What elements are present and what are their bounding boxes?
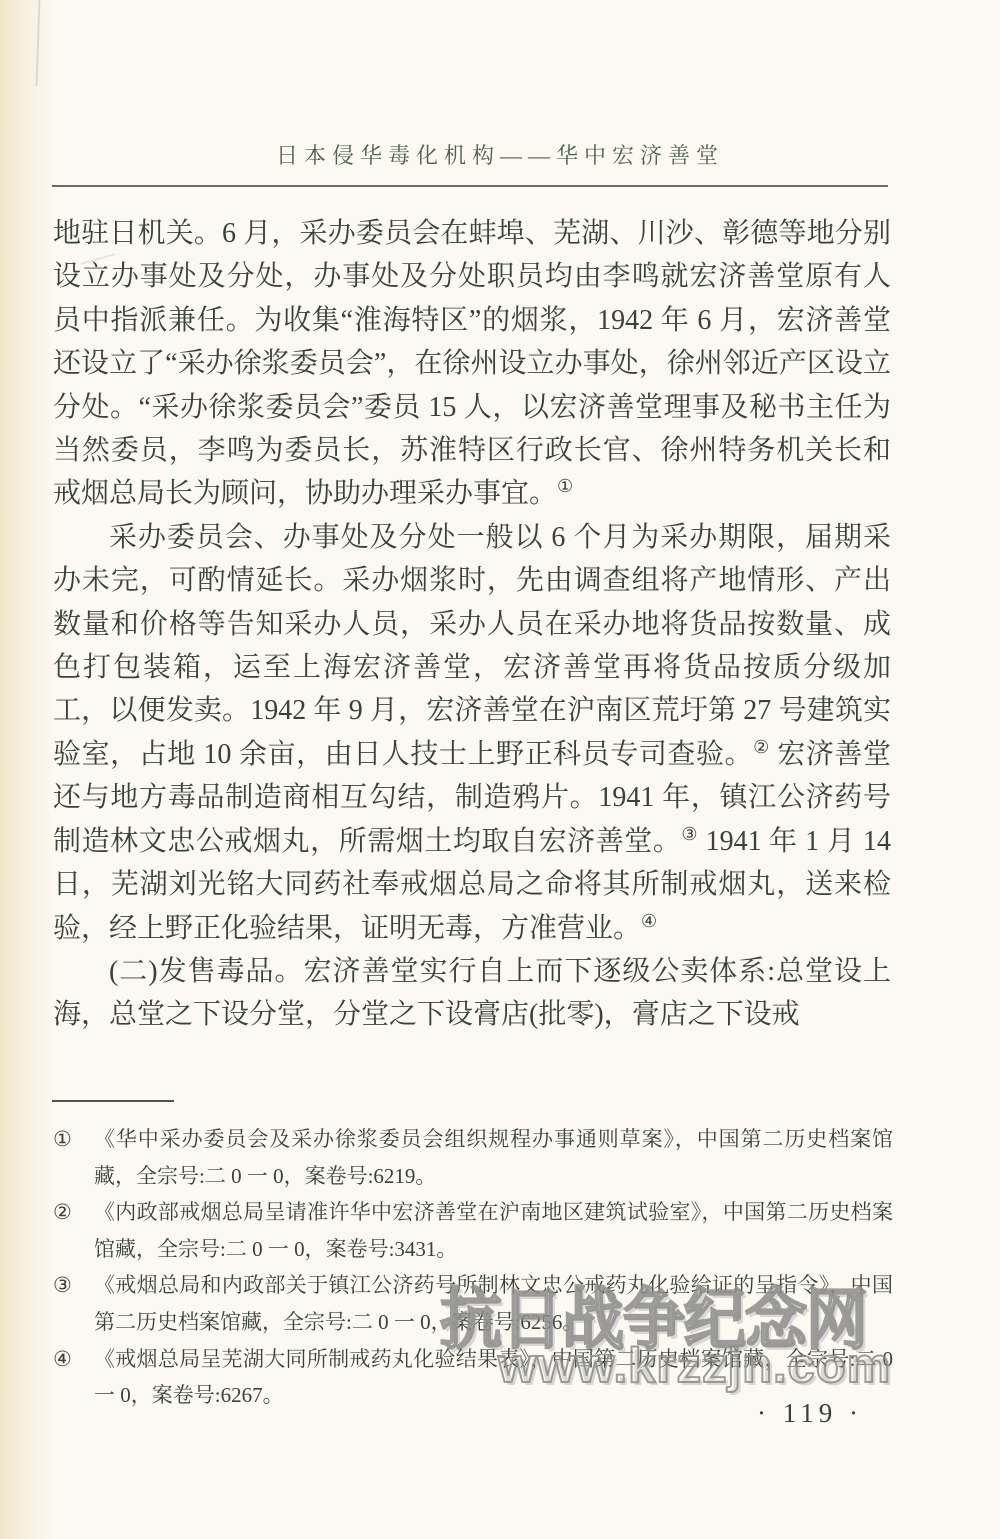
footnote-marker: ④ [53, 1341, 94, 1378]
footnote-text: 《华中采办委员会及采办徐浆委员会组织规程办事通则草案》，中国第二历史档案馆藏，全… [94, 1121, 893, 1194]
footnote-reference: ④ [641, 911, 657, 931]
page-edge-shading [0, 0, 54, 1539]
body-paragraph: (二)发售毒品。宏济善堂实行自上而下逐级公卖体系:总堂设上海，总堂之下设分堂，分… [53, 950, 891, 1037]
text-run: 采办委员会、办事处及分处一般以 6 个月为采办期限，届期采办未完，可酌情延长。采… [53, 522, 891, 770]
footnote: ③《戒烟总局和内政部关于镇江公济药号所制林文忠公戒药丸化验给证的呈指令》，中国第… [53, 1267, 893, 1340]
footnote-marker: ① [53, 1121, 94, 1158]
footnote-reference: ① [557, 477, 573, 497]
scanned-book-page: 日本侵华毒化机构——华中宏济善堂 地驻日机关。6 月，采办委员会在蚌埠、芜湖、川… [0, 0, 1000, 1539]
body-paragraph: 地驻日机关。6 月，采办委员会在蚌埠、芜湖、川沙、彰德等地分别设立办事处及分处，… [53, 212, 891, 516]
header-rule [52, 185, 888, 187]
footnote-marker: ③ [53, 1267, 94, 1304]
footnote: ①《华中采办委员会及采办徐浆委员会组织规程办事通则草案》，中国第二历史档案馆藏，… [53, 1121, 893, 1194]
footnote-reference: ③ [681, 824, 698, 844]
footnote: ②《内政部戒烟总局呈请准许华中宏济善堂在沪南地区建筑试验室》，中国第二历史档案馆… [53, 1194, 893, 1267]
footnote-separator [52, 1100, 174, 1102]
footnote-marker: ② [53, 1194, 94, 1231]
footnote-reference: ② [753, 737, 770, 757]
footnotes: ①《华中采办委员会及采办徐浆委员会组织规程办事通则草案》，中国第二历史档案馆藏，… [53, 1121, 893, 1414]
text-run: (二)发售毒品。宏济善堂实行自上而下逐级公卖体系:总堂设上海，总堂之下设分堂，分… [53, 956, 891, 1030]
body-text: 地驻日机关。6 月，采办委员会在蚌埠、芜湖、川沙、彰德等地分别设立办事处及分处，… [53, 212, 891, 1037]
page-number: · 119 · [735, 1398, 885, 1429]
footnote-text: 《内政部戒烟总局呈请准许华中宏济善堂在沪南地区建筑试验室》，中国第二历史档案馆藏… [94, 1194, 893, 1267]
text-run: 地驻日机关。6 月，采办委员会在蚌埠、芜湖、川沙、彰德等地分别设立办事处及分处，… [53, 218, 891, 509]
running-header-title: 日本侵华毒化机构——华中宏济善堂 [0, 139, 1000, 170]
body-paragraph: 采办委员会、办事处及分处一般以 6 个月为采办期限，届期采办未完，可酌情延长。采… [53, 516, 891, 950]
footnote-text: 《戒烟总局和内政部关于镇江公济药号所制林文忠公戒药丸化验给证的呈指令》，中国第二… [94, 1267, 893, 1340]
